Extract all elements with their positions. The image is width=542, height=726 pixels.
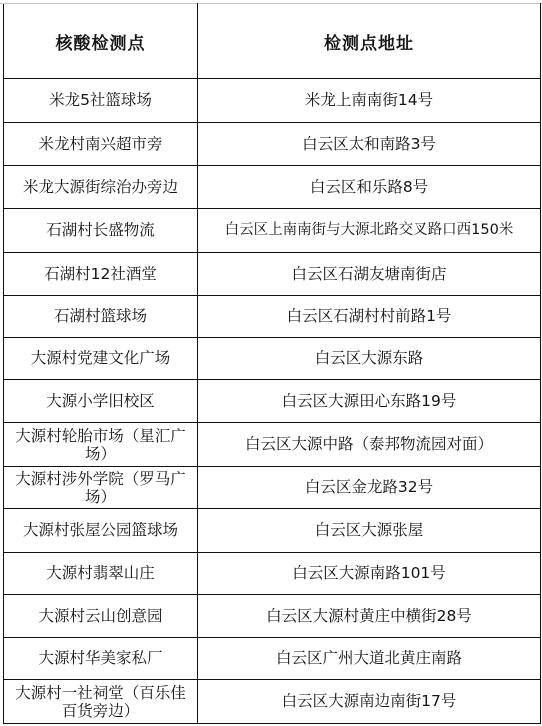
table-row: 大源村涉外学院（罗马广场） 白云区金龙路32号 xyxy=(4,467,541,509)
site-cell: 大源村一社祠堂（百乐佳百货旁边） xyxy=(4,680,198,724)
site-cell: 米龙大源街综治办旁边 xyxy=(4,166,198,209)
testing-sites-table: 核酸检测点 检测点地址 米龙5社篮球场 米龙上南南街14号 米龙村南兴超市旁 白… xyxy=(3,3,541,724)
site-cell: 大源村华美家私厂 xyxy=(4,638,198,680)
table-row: 大源村党建文化广场 白云区大源东路 xyxy=(4,338,541,380)
table-row: 石湖村篮球场 白云区石湖村村前路1号 xyxy=(4,296,541,338)
address-cell: 白云区金龙路32号 xyxy=(198,467,541,509)
table-row: 米龙5社篮球场 米龙上南南街14号 xyxy=(4,79,541,123)
address-cell: 白云区广州大道北黄庄南路 xyxy=(198,638,541,680)
table-row: 石湖村长盛物流 白云区上南南街与大源北路交叉路口西150米 xyxy=(4,209,541,253)
table-row: 米龙村南兴超市旁 白云区太和南路3号 xyxy=(4,123,541,166)
table-row: 大源村云山创意园 白云区大源村黄庄中横街28号 xyxy=(4,595,541,638)
address-cell: 米龙上南南街14号 xyxy=(198,79,541,123)
address-cell: 白云区和乐路8号 xyxy=(198,166,541,209)
site-cell: 大源村轮胎市场（星汇广场） xyxy=(4,423,198,467)
table-row: 大源村一社祠堂（百乐佳百货旁边） 白云区大源南边南街17号 xyxy=(4,680,541,724)
header-address: 检测点地址 xyxy=(198,4,541,79)
address-cell: 白云区大源南边南街17号 xyxy=(198,680,541,724)
table-row: 米龙大源街综治办旁边 白云区和乐路8号 xyxy=(4,166,541,209)
address-cell: 白云区大源南路101号 xyxy=(198,553,541,595)
site-cell: 大源村云山创意园 xyxy=(4,595,198,638)
address-cell: 白云区上南南街与大源北路交叉路口西150米 xyxy=(198,209,541,253)
table-row: 大源村张屋公园篮球场 白云区大源张屋 xyxy=(4,509,541,553)
site-cell: 石湖村长盛物流 xyxy=(4,209,198,253)
address-cell: 白云区石湖村村前路1号 xyxy=(198,296,541,338)
table-row: 石湖村12社酒堂 白云区石湖友塘南街店 xyxy=(4,253,541,296)
table-row: 大源村翡翠山庄 白云区大源南路101号 xyxy=(4,553,541,595)
address-cell: 白云区太和南路3号 xyxy=(198,123,541,166)
address-cell: 白云区石湖友塘南街店 xyxy=(198,253,541,296)
site-cell: 石湖村12社酒堂 xyxy=(4,253,198,296)
site-cell: 大源村党建文化广场 xyxy=(4,338,198,380)
table-row: 大源村轮胎市场（星汇广场） 白云区大源中路（泰邦物流园对面） xyxy=(4,423,541,467)
header-row: 核酸检测点 检测点地址 xyxy=(4,4,541,79)
site-cell: 大源小学旧校区 xyxy=(4,380,198,423)
address-cell: 白云区大源村黄庄中横街28号 xyxy=(198,595,541,638)
site-cell: 大源村涉外学院（罗马广场） xyxy=(4,467,198,509)
address-cell: 白云区大源张屋 xyxy=(198,509,541,553)
site-cell: 大源村张屋公园篮球场 xyxy=(4,509,198,553)
address-cell: 白云区大源中路（泰邦物流园对面） xyxy=(198,423,541,467)
header-site: 核酸检测点 xyxy=(4,4,198,79)
site-cell: 米龙5社篮球场 xyxy=(4,79,198,123)
site-cell: 石湖村篮球场 xyxy=(4,296,198,338)
table-row: 大源村华美家私厂 白云区广州大道北黄庄南路 xyxy=(4,638,541,680)
address-cell: 白云区大源东路 xyxy=(198,338,541,380)
site-cell: 米龙村南兴超市旁 xyxy=(4,123,198,166)
table-row: 大源小学旧校区 白云区大源田心东路19号 xyxy=(4,380,541,423)
site-cell: 大源村翡翠山庄 xyxy=(4,553,198,595)
address-cell: 白云区大源田心东路19号 xyxy=(198,380,541,423)
